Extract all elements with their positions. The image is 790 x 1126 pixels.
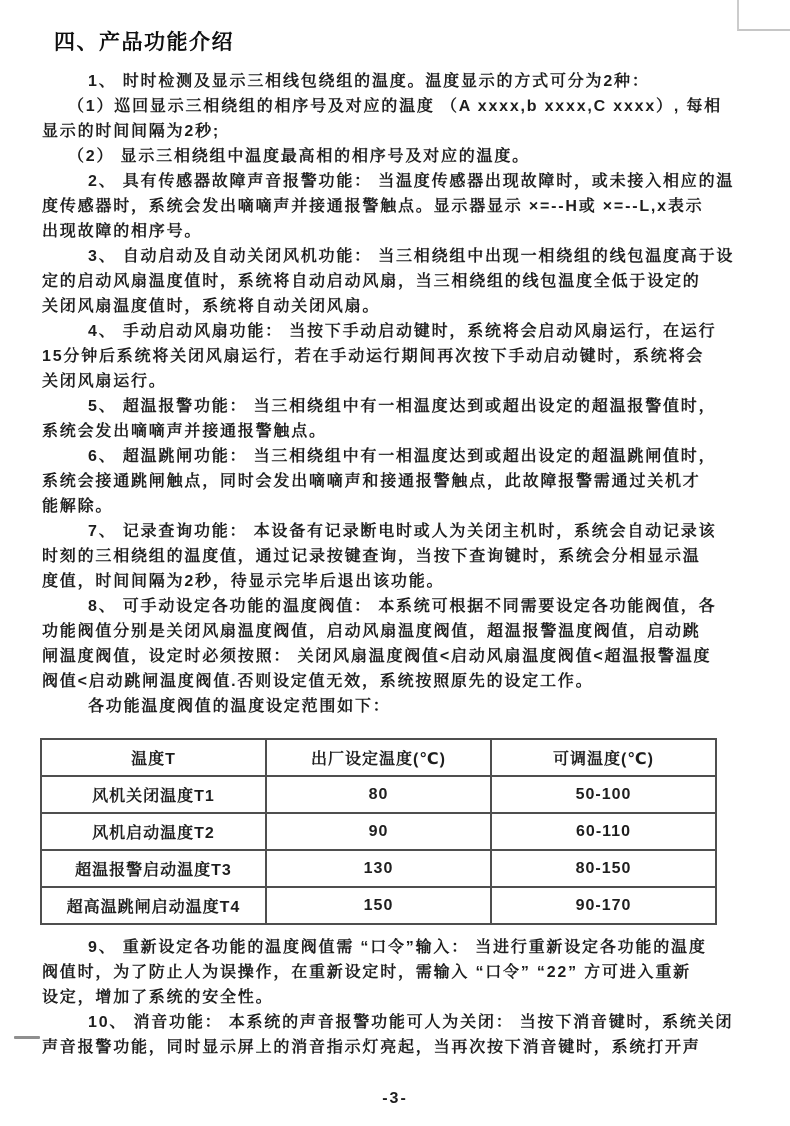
body-line: 10、 消音功能： 本系统的声音报警功能可人为关闭： 当按下消音键时，系统关闭	[42, 1010, 752, 1035]
body-line: 显示的时间间隔为2秒;	[42, 119, 752, 144]
body-line: 4、 手动启动风扇功能： 当按下手动启动键时，系统将会启动风扇运行，在运行	[42, 319, 752, 344]
body-line: 功能阀值分别是关闭风扇温度阀值，启动风扇温度阀值，超温报警温度阀值，启动跳	[42, 619, 752, 644]
after-table-section: 9、 重新设定各功能的温度阀值需 “口令”输入： 当进行重新设定各功能的温度 阀…	[42, 935, 752, 1060]
page-number: -3-	[0, 1090, 790, 1108]
cell-factory-value: 80	[266, 776, 491, 813]
body-line: 9、 重新设定各功能的温度阀值需 “口令”输入： 当进行重新设定各功能的温度	[42, 935, 752, 960]
body-line: 设定，增加了系统的安全性。	[42, 985, 752, 1010]
cell-label: 超高温跳闸启动温度T4	[41, 887, 266, 924]
body-line: 阀值<启动跳闸温度阀值.否则设定值无效，系统按照原先的设定工作。	[42, 669, 752, 694]
body-line: 6、 超温跳闸功能： 当三相绕组中有一相温度达到或超出设定的超温跳闸值时，	[42, 444, 752, 469]
body-line: （2） 显示三相绕组中温度最高相的相序号及对应的温度。	[42, 144, 752, 169]
table-row: 风机启动温度T2 90 60-110	[41, 813, 716, 850]
textbox-corner-mark	[737, 0, 790, 31]
body-line: 5、 超温报警功能： 当三相绕组中有一相温度达到或超出设定的超温报警值时，	[42, 394, 752, 419]
document-page: 四、产品功能介绍 1、 时时检测及显示三相线包绕组的温度。温度显示的方式可分为2…	[0, 0, 790, 1126]
cell-factory-value: 150	[266, 887, 491, 924]
body-line: 能解除。	[42, 494, 752, 519]
body-line: （1）巡回显示三相绕组的相序号及对应的温度 （A xxxx,b xxxx,C x…	[42, 94, 752, 119]
col-header-temperature: 温度T	[41, 739, 266, 776]
table-row: 超高温跳闸启动温度T4 150 90-170	[41, 887, 716, 924]
cell-range-value: 90-170	[491, 887, 716, 924]
body-line: 系统会发出嘀嘀声并接通报警触点。	[42, 419, 752, 444]
col-header-adjustable-range: 可调温度(℃)	[491, 739, 716, 776]
body-line: 闸温度阀值，设定时必须按照： 关闭风扇温度阀值<启动风扇温度阀值<超温报警温度	[42, 644, 752, 669]
body-line: 关闭风扇运行。	[42, 369, 752, 394]
body-line: 3、 自动启动及自动关闭风机功能： 当三相绕组中出现一相绕组的线包温度高于设	[42, 244, 752, 269]
body-line: 出现故障的相序号。	[42, 219, 752, 244]
table-row: 风机关闭温度T1 80 50-100	[41, 776, 716, 813]
cell-range-value: 60-110	[491, 813, 716, 850]
body-line: 1、 时时检测及显示三相线包绕组的温度。温度显示的方式可分为2种：	[42, 69, 752, 94]
cell-label: 风机关闭温度T1	[41, 776, 266, 813]
cell-range-value: 80-150	[491, 850, 716, 887]
cell-label: 超温报警启动温度T3	[41, 850, 266, 887]
section-title: 四、产品功能介绍	[54, 30, 752, 56]
body-line: 系统会接通跳闸触点，同时会发出嘀嘀声和接通报警触点，此故障报警需通过关机才	[42, 469, 752, 494]
body-line: 阀值时，为了防止人为误操作，在重新设定时，需输入 “口令” “22” 方可进入重…	[42, 960, 752, 985]
cell-factory-value: 90	[266, 813, 491, 850]
cell-label: 风机启动温度T2	[41, 813, 266, 850]
body-line: 8、 可手动设定各功能的温度阀值： 本系统可根据不同需要设定各功能阀值，各	[42, 594, 752, 619]
body-line: 2、 具有传感器故障声音报警功能： 当温度传感器出现故障时，或未接入相应的温	[42, 169, 752, 194]
margin-mark	[14, 1036, 40, 1039]
body-line: 度值，时间间隔为2秒，待显示完毕后退出该功能。	[42, 569, 752, 594]
table-header-row: 温度T 出厂设定温度(℃) 可调温度(℃)	[41, 739, 716, 776]
body-line: 关闭风扇温度值时，系统将自动关闭风扇。	[42, 294, 752, 319]
body-line: 各功能温度阀值的温度设定范围如下：	[42, 694, 752, 719]
body-line: 声音报警功能，同时显示屏上的消音指示灯亮起，当再次按下消音键时，系统打开声	[42, 1035, 752, 1060]
table-row: 超温报警启动温度T3 130 80-150	[41, 850, 716, 887]
page-content: 四、产品功能介绍 1、 时时检测及显示三相线包绕组的温度。温度显示的方式可分为2…	[42, 30, 752, 1060]
body-line: 时刻的三相绕组的温度值，通过记录按键查询，当按下查询键时，系统会分相显示温	[42, 544, 752, 569]
cell-range-value: 50-100	[491, 776, 716, 813]
body-line: 15分钟后系统将关闭风扇运行，若在手动运行期间再次按下手动启动键时，系统将会	[42, 344, 752, 369]
body-line: 定的启动风扇温度值时，系统将自动启动风扇，当三相绕组的线包温度全低于设定的	[42, 269, 752, 294]
col-header-factory-setting: 出厂设定温度(℃)	[266, 739, 491, 776]
cell-factory-value: 130	[266, 850, 491, 887]
body-line: 7、 记录查询功能： 本设备有记录断电时或人为关闭主机时，系统会自动记录该	[42, 519, 752, 544]
body-line: 度传感器时，系统会发出嘀嘀声并接通报警触点。显示器显示 ×=--H或 ×=--L…	[42, 194, 752, 219]
temperature-thresholds-table: 温度T 出厂设定温度(℃) 可调温度(℃) 风机关闭温度T1 80 50-100…	[40, 738, 717, 925]
